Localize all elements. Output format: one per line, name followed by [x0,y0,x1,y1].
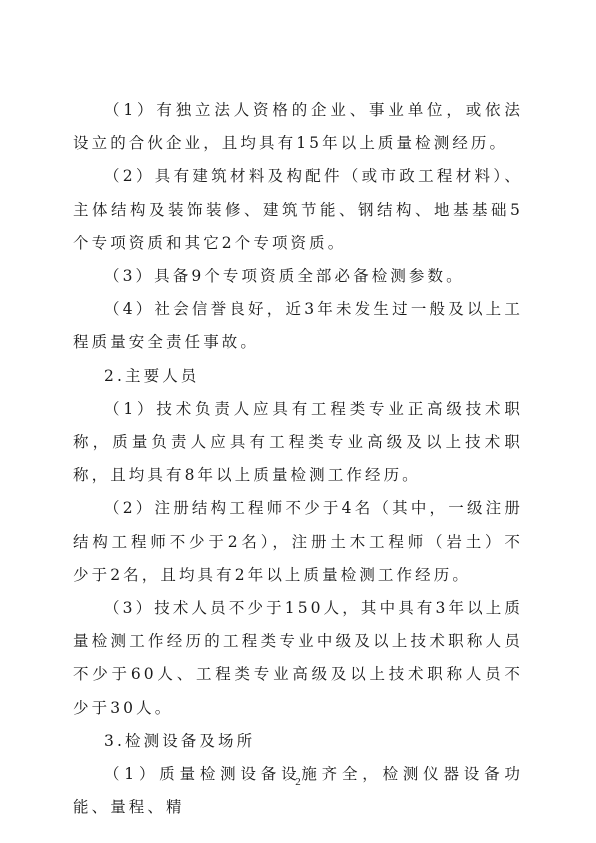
section-heading-main-personnel: 2.主要人员 [73,360,523,393]
document-page: （1）有独立法人资格的企业、事业单位，或依法设立的合伙企业，且均具有15年以上质… [0,0,596,843]
paragraph-qualification-4: （4）社会信誉良好，近3年未发生过一般及以上工程质量安全责任事故。 [73,293,523,359]
paragraph-qualification-3: （3）具备9个专项资质全部必备检测参数。 [73,260,523,293]
paragraph-personnel-3: （3）技术人员不少于150人，其中具有3年以上质量检测工作经历的工程类专业中级及… [73,592,523,725]
paragraph-personnel-1: （1）技术负责人应具有工程类专业正高级技术职称，质量负责人应具有工程类专业高级及… [73,393,523,493]
page-number: 2 [0,776,596,788]
paragraph-qualification-2: （2）具有建筑材料及构配件（或市政工程材料）、主体结构及装饰装修、建筑节能、钢结… [73,160,523,260]
paragraph-personnel-2: （2）注册结构工程师不少于4名（其中，一级注册结构工程师不少于2名），注册土木工… [73,492,523,592]
document-body: （1）有独立法人资格的企业、事业单位，或依法设立的合伙企业，且均具有15年以上质… [73,94,523,824]
paragraph-qualification-1: （1）有独立法人资格的企业、事业单位，或依法设立的合伙企业，且均具有15年以上质… [73,94,523,160]
paragraph-equipment-1: （1）质量检测设备设施齐全，检测仪器设备功能、量程、精 [73,758,523,824]
section-heading-equipment: 3.检测设备及场所 [73,725,523,758]
